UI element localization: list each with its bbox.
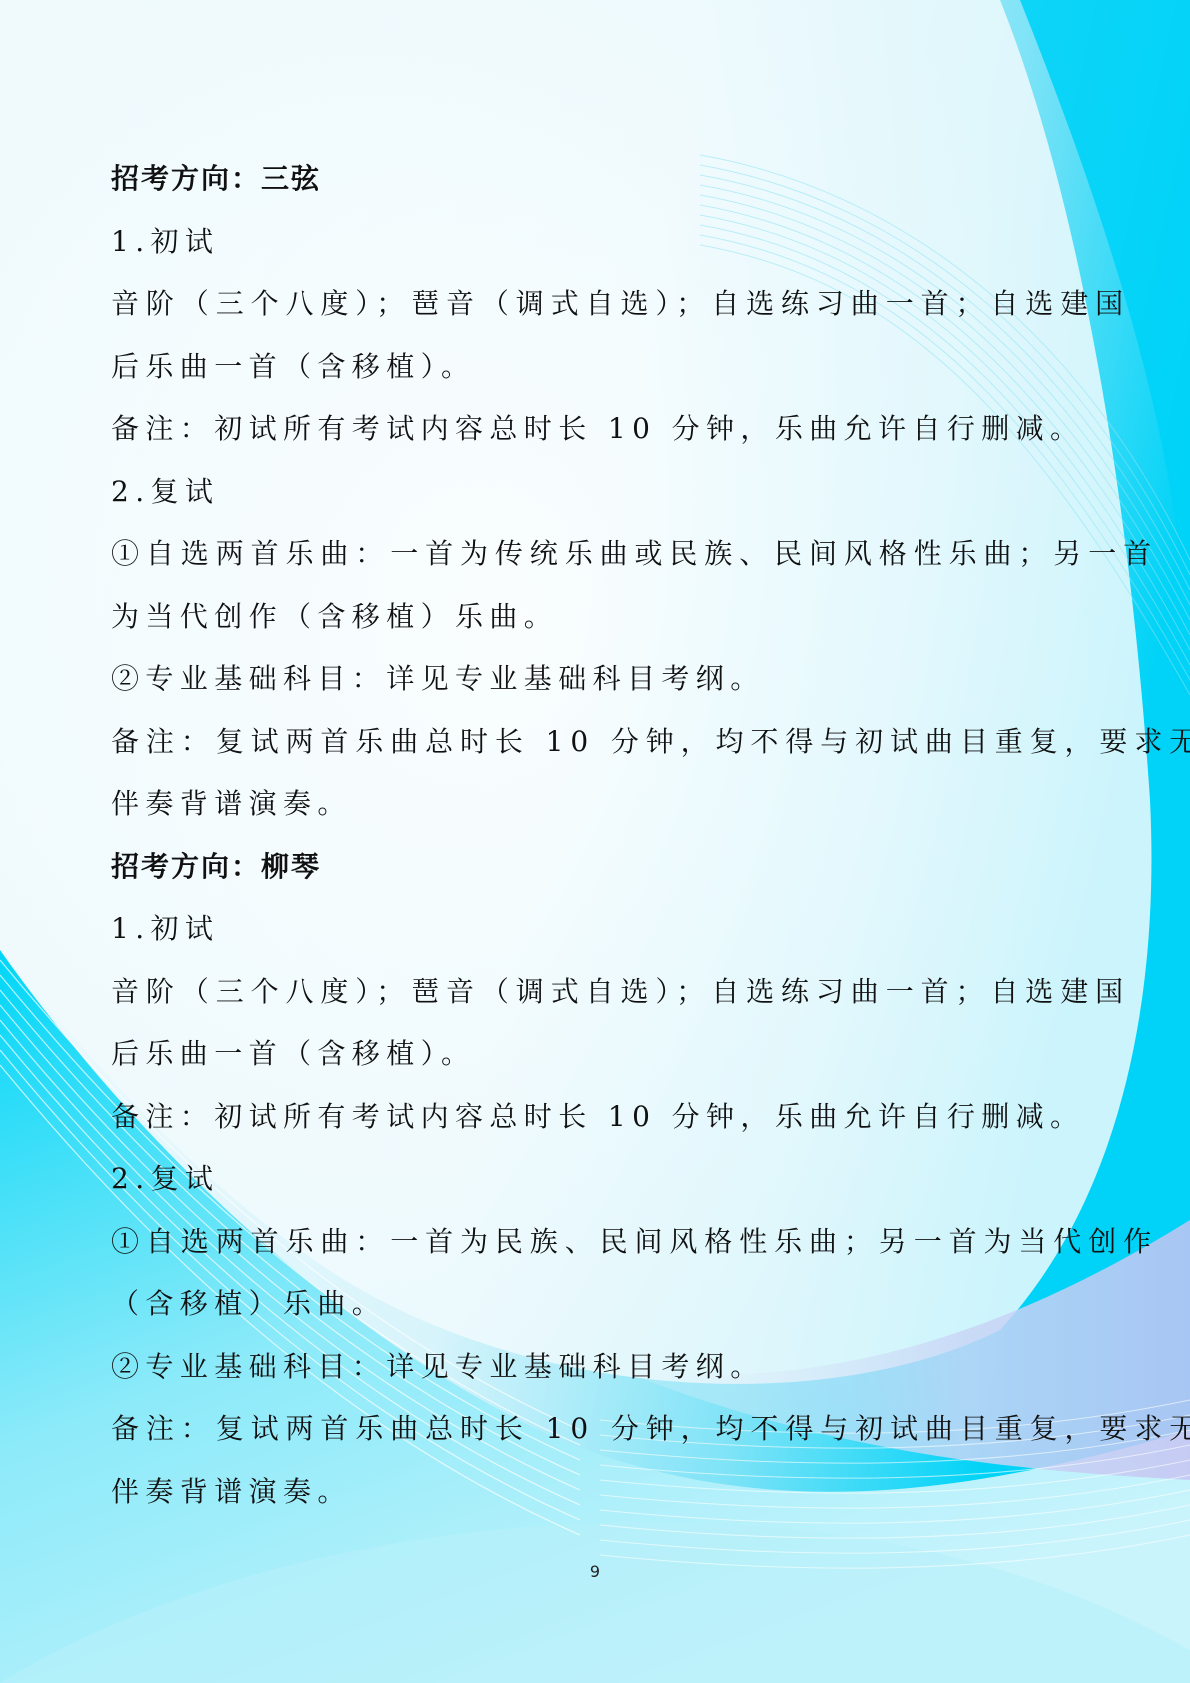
paragraph-line: ②专业基础科目：详见专业基础科目考纲。	[111, 1336, 1086, 1399]
page-number: 9	[0, 1562, 1190, 1581]
paragraph-line: 为当代创作（含移植）乐曲。	[111, 586, 1086, 649]
note-line: 备注：初试所有考试内容总时长 10 分钟，乐曲允许自行删减。	[111, 398, 1086, 461]
paragraph-line: （含移植）乐曲。	[111, 1273, 1086, 1336]
paragraph-line: 后乐曲一首（含移植）。	[111, 336, 1086, 399]
paragraph-line: 后乐曲一首（含移植）。	[111, 1023, 1086, 1086]
note-line: 备注：复试两首乐曲总时长 10 分钟，均不得与初试曲目重复，要求无	[111, 711, 1086, 774]
document-page: 招考方向：三弦 1.初试 音阶（三个八度）；琶音（调式自选）；自选练习曲一首；自…	[0, 0, 1190, 1683]
paragraph-line: 音阶（三个八度）；琶音（调式自选）；自选练习曲一首；自选建国	[111, 273, 1086, 336]
subsection-retest: 2.复试	[111, 461, 1086, 524]
note-line: 伴奏背谱演奏。	[111, 1461, 1086, 1524]
subsection-retest: 2.复试	[111, 1148, 1086, 1211]
section-heading-sanxian: 招考方向：三弦	[111, 148, 1086, 211]
paragraph-line: ①自选两首乐曲：一首为传统乐曲或民族、民间风格性乐曲；另一首	[111, 523, 1086, 586]
subsection-preliminary: 1.初试	[111, 211, 1086, 274]
note-line: 伴奏背谱演奏。	[111, 773, 1086, 836]
paragraph-line: ②专业基础科目：详见专业基础科目考纲。	[111, 648, 1086, 711]
paragraph-line: ①自选两首乐曲：一首为民族、民间风格性乐曲；另一首为当代创作	[111, 1211, 1086, 1274]
subsection-preliminary: 1.初试	[111, 898, 1086, 961]
section-heading-liuqin: 招考方向：柳琴	[111, 836, 1086, 899]
note-line: 备注：复试两首乐曲总时长 10 分钟，均不得与初试曲目重复，要求无	[111, 1398, 1086, 1461]
note-line: 备注：初试所有考试内容总时长 10 分钟，乐曲允许自行删减。	[111, 1086, 1086, 1149]
document-content: 招考方向：三弦 1.初试 音阶（三个八度）；琶音（调式自选）；自选练习曲一首；自…	[111, 148, 1086, 1523]
paragraph-line: 音阶（三个八度）；琶音（调式自选）；自选练习曲一首；自选建国	[111, 961, 1086, 1024]
